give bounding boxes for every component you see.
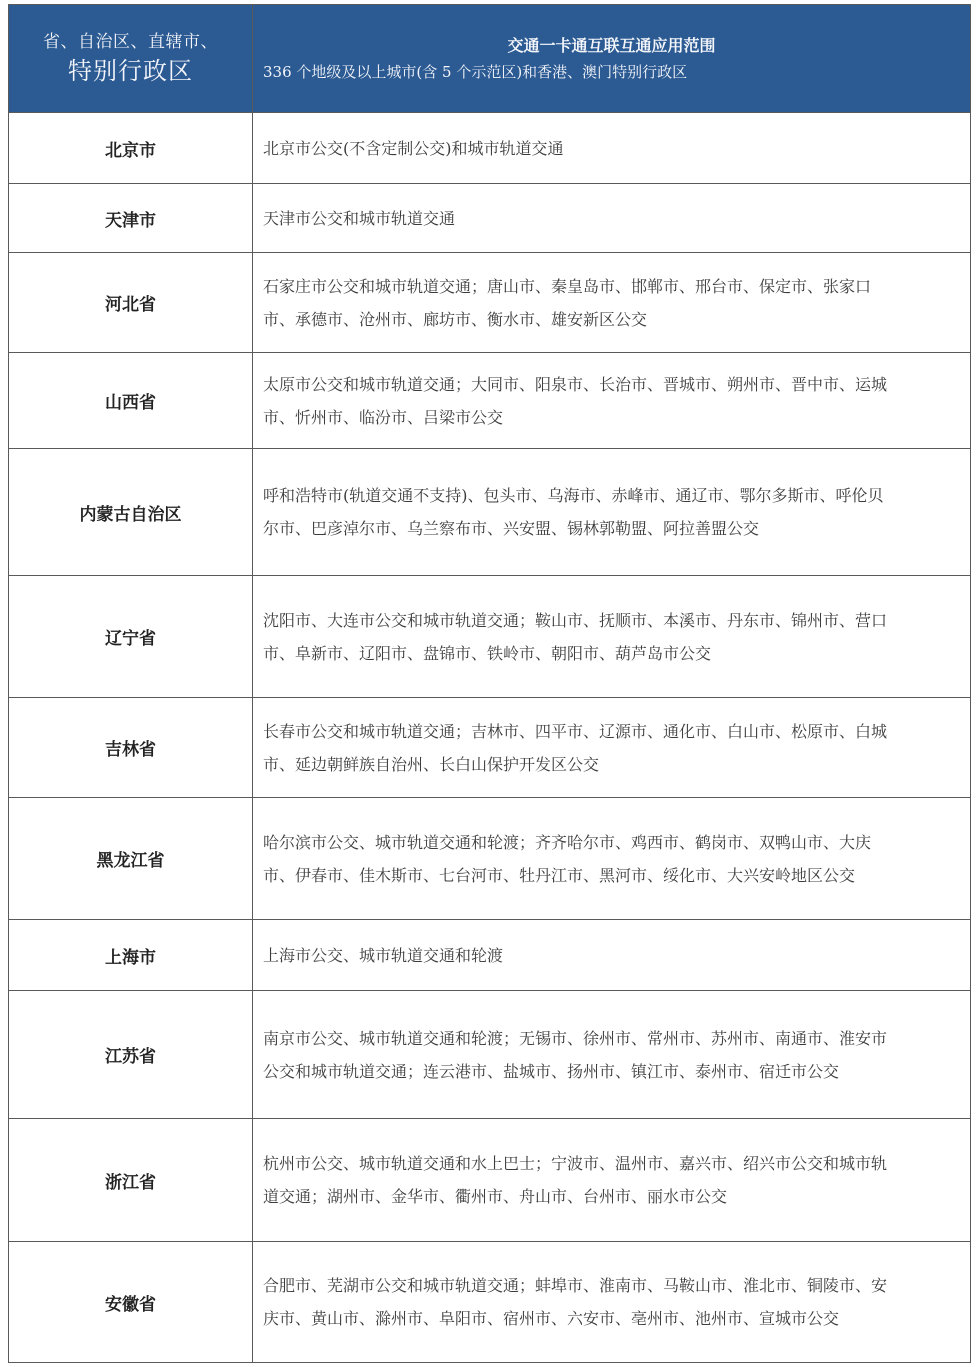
region-cell: 北京市 [9,113,253,184]
scope-text: 长春市公交和城市轨道交通；吉林市、四平市、辽源市、通化市、白山市、松原市、白城市… [263,715,895,781]
scope-text: 杭州市公交、城市轨道交通和水上巴士；宁波市、温州市、嘉兴市、绍兴市公交和城市轨道… [263,1147,895,1213]
table-row: 吉林省 长春市公交和城市轨道交通；吉林市、四平市、辽源市、通化市、白山市、松原市… [9,698,971,798]
region-cell: 浙江省 [9,1119,253,1242]
scope-cell: 长春市公交和城市轨道交通；吉林市、四平市、辽源市、通化市、白山市、松原市、白城市… [253,698,971,798]
region-cell: 天津市 [9,184,253,253]
scope-text: 太原市公交和城市轨道交通；大同市、阳泉市、长治市、晋城市、朔州市、晋中市、运城市… [263,368,895,434]
table-row: 北京市 北京市公交(不含定制公交)和城市轨道交通 [9,113,971,184]
header-scope-subtitle: 336 个地级及以上城市(含 5 个示范区)和香港、澳门特别行政区 [263,59,960,85]
scope-text: 石家庄市公交和城市轨道交通；唐山市、秦皇岛市、邯郸市、邢台市、保定市、张家口市、… [263,270,895,336]
region-cell: 江苏省 [9,991,253,1119]
scope-cell: 合肥市、芜湖市公交和城市轨道交通；蚌埠市、淮南市、马鞍山市、淮北市、铜陵市、安庆… [253,1242,971,1363]
scope-text: 上海市公交、城市轨道交通和轮渡 [263,939,895,972]
region-cell: 吉林省 [9,698,253,798]
table-row: 河北省 石家庄市公交和城市轨道交通；唐山市、秦皇岛市、邯郸市、邢台市、保定市、张… [9,253,971,353]
scope-cell: 天津市公交和城市轨道交通 [253,184,971,253]
region-cell: 山西省 [9,353,253,449]
region-cell: 上海市 [9,920,253,991]
region-cell: 安徽省 [9,1242,253,1363]
header-region-line1: 省、自治区、直辖市、 [15,30,246,54]
scope-cell: 沈阳市、大连市公交和城市轨道交通；鞍山市、抚顺市、本溪市、丹东市、锦州市、营口市… [253,576,971,698]
table-row: 山西省 太原市公交和城市轨道交通；大同市、阳泉市、长治市、晋城市、朔州市、晋中市… [9,353,971,449]
scope-text: 北京市公交(不含定制公交)和城市轨道交通 [263,132,895,165]
table-row: 黑龙江省 哈尔滨市公交、城市轨道交通和轮渡；齐齐哈尔市、鸡西市、鹤岗市、双鸭山市… [9,798,971,920]
table-row: 安徽省 合肥市、芜湖市公交和城市轨道交通；蚌埠市、淮南市、马鞍山市、淮北市、铜陵… [9,1242,971,1363]
table-row: 浙江省 杭州市公交、城市轨道交通和水上巴士；宁波市、温州市、嘉兴市、绍兴市公交和… [9,1119,971,1242]
table-header-row: 省、自治区、直辖市、 特别行政区 交通一卡通互联互通应用范围 336 个地级及以… [9,5,971,113]
region-cell: 黑龙江省 [9,798,253,920]
scope-cell: 北京市公交(不含定制公交)和城市轨道交通 [253,113,971,184]
header-region-line2: 特别行政区 [15,54,246,88]
region-cell: 内蒙古自治区 [9,449,253,576]
transit-card-scope-table: 省、自治区、直辖市、 特别行政区 交通一卡通互联互通应用范围 336 个地级及以… [8,4,971,1363]
table-row: 上海市 上海市公交、城市轨道交通和轮渡 [9,920,971,991]
header-region-column: 省、自治区、直辖市、 特别行政区 [9,5,253,113]
region-cell: 辽宁省 [9,576,253,698]
table-row: 江苏省 南京市公交、城市轨道交通和轮渡；无锡市、徐州市、常州市、苏州市、南通市、… [9,991,971,1119]
table-row: 内蒙古自治区 呼和浩特市(轨道交通不支持)、包头市、乌海市、赤峰市、通辽市、鄂尔… [9,449,971,576]
region-cell: 河北省 [9,253,253,353]
scope-cell: 南京市公交、城市轨道交通和轮渡；无锡市、徐州市、常州市、苏州市、南通市、淮安市公… [253,991,971,1119]
scope-text: 天津市公交和城市轨道交通 [263,202,895,235]
scope-cell: 上海市公交、城市轨道交通和轮渡 [253,920,971,991]
table-row: 辽宁省 沈阳市、大连市公交和城市轨道交通；鞍山市、抚顺市、本溪市、丹东市、锦州市… [9,576,971,698]
scope-cell: 杭州市公交、城市轨道交通和水上巴士；宁波市、温州市、嘉兴市、绍兴市公交和城市轨道… [253,1119,971,1242]
scope-cell: 哈尔滨市公交、城市轨道交通和轮渡；齐齐哈尔市、鸡西市、鹤岗市、双鸭山市、大庆市、… [253,798,971,920]
table-row: 天津市 天津市公交和城市轨道交通 [9,184,971,253]
scope-text: 呼和浩特市(轨道交通不支持)、包头市、乌海市、赤峰市、通辽市、鄂尔多斯市、呼伦贝… [263,479,895,545]
header-scope-title: 交通一卡通互联互通应用范围 [263,33,960,59]
scope-cell: 呼和浩特市(轨道交通不支持)、包头市、乌海市、赤峰市、通辽市、鄂尔多斯市、呼伦贝… [253,449,971,576]
scope-cell: 太原市公交和城市轨道交通；大同市、阳泉市、长治市、晋城市、朔州市、晋中市、运城市… [253,353,971,449]
scope-text: 合肥市、芜湖市公交和城市轨道交通；蚌埠市、淮南市、马鞍山市、淮北市、铜陵市、安庆… [263,1269,895,1335]
header-scope-column: 交通一卡通互联互通应用范围 336 个地级及以上城市(含 5 个示范区)和香港、… [253,5,971,113]
scope-text: 沈阳市、大连市公交和城市轨道交通；鞍山市、抚顺市、本溪市、丹东市、锦州市、营口市… [263,604,895,670]
scope-cell: 石家庄市公交和城市轨道交通；唐山市、秦皇岛市、邯郸市、邢台市、保定市、张家口市、… [253,253,971,353]
scope-text: 南京市公交、城市轨道交通和轮渡；无锡市、徐州市、常州市、苏州市、南通市、淮安市公… [263,1022,895,1088]
scope-text: 哈尔滨市公交、城市轨道交通和轮渡；齐齐哈尔市、鸡西市、鹤岗市、双鸭山市、大庆市、… [263,826,895,892]
